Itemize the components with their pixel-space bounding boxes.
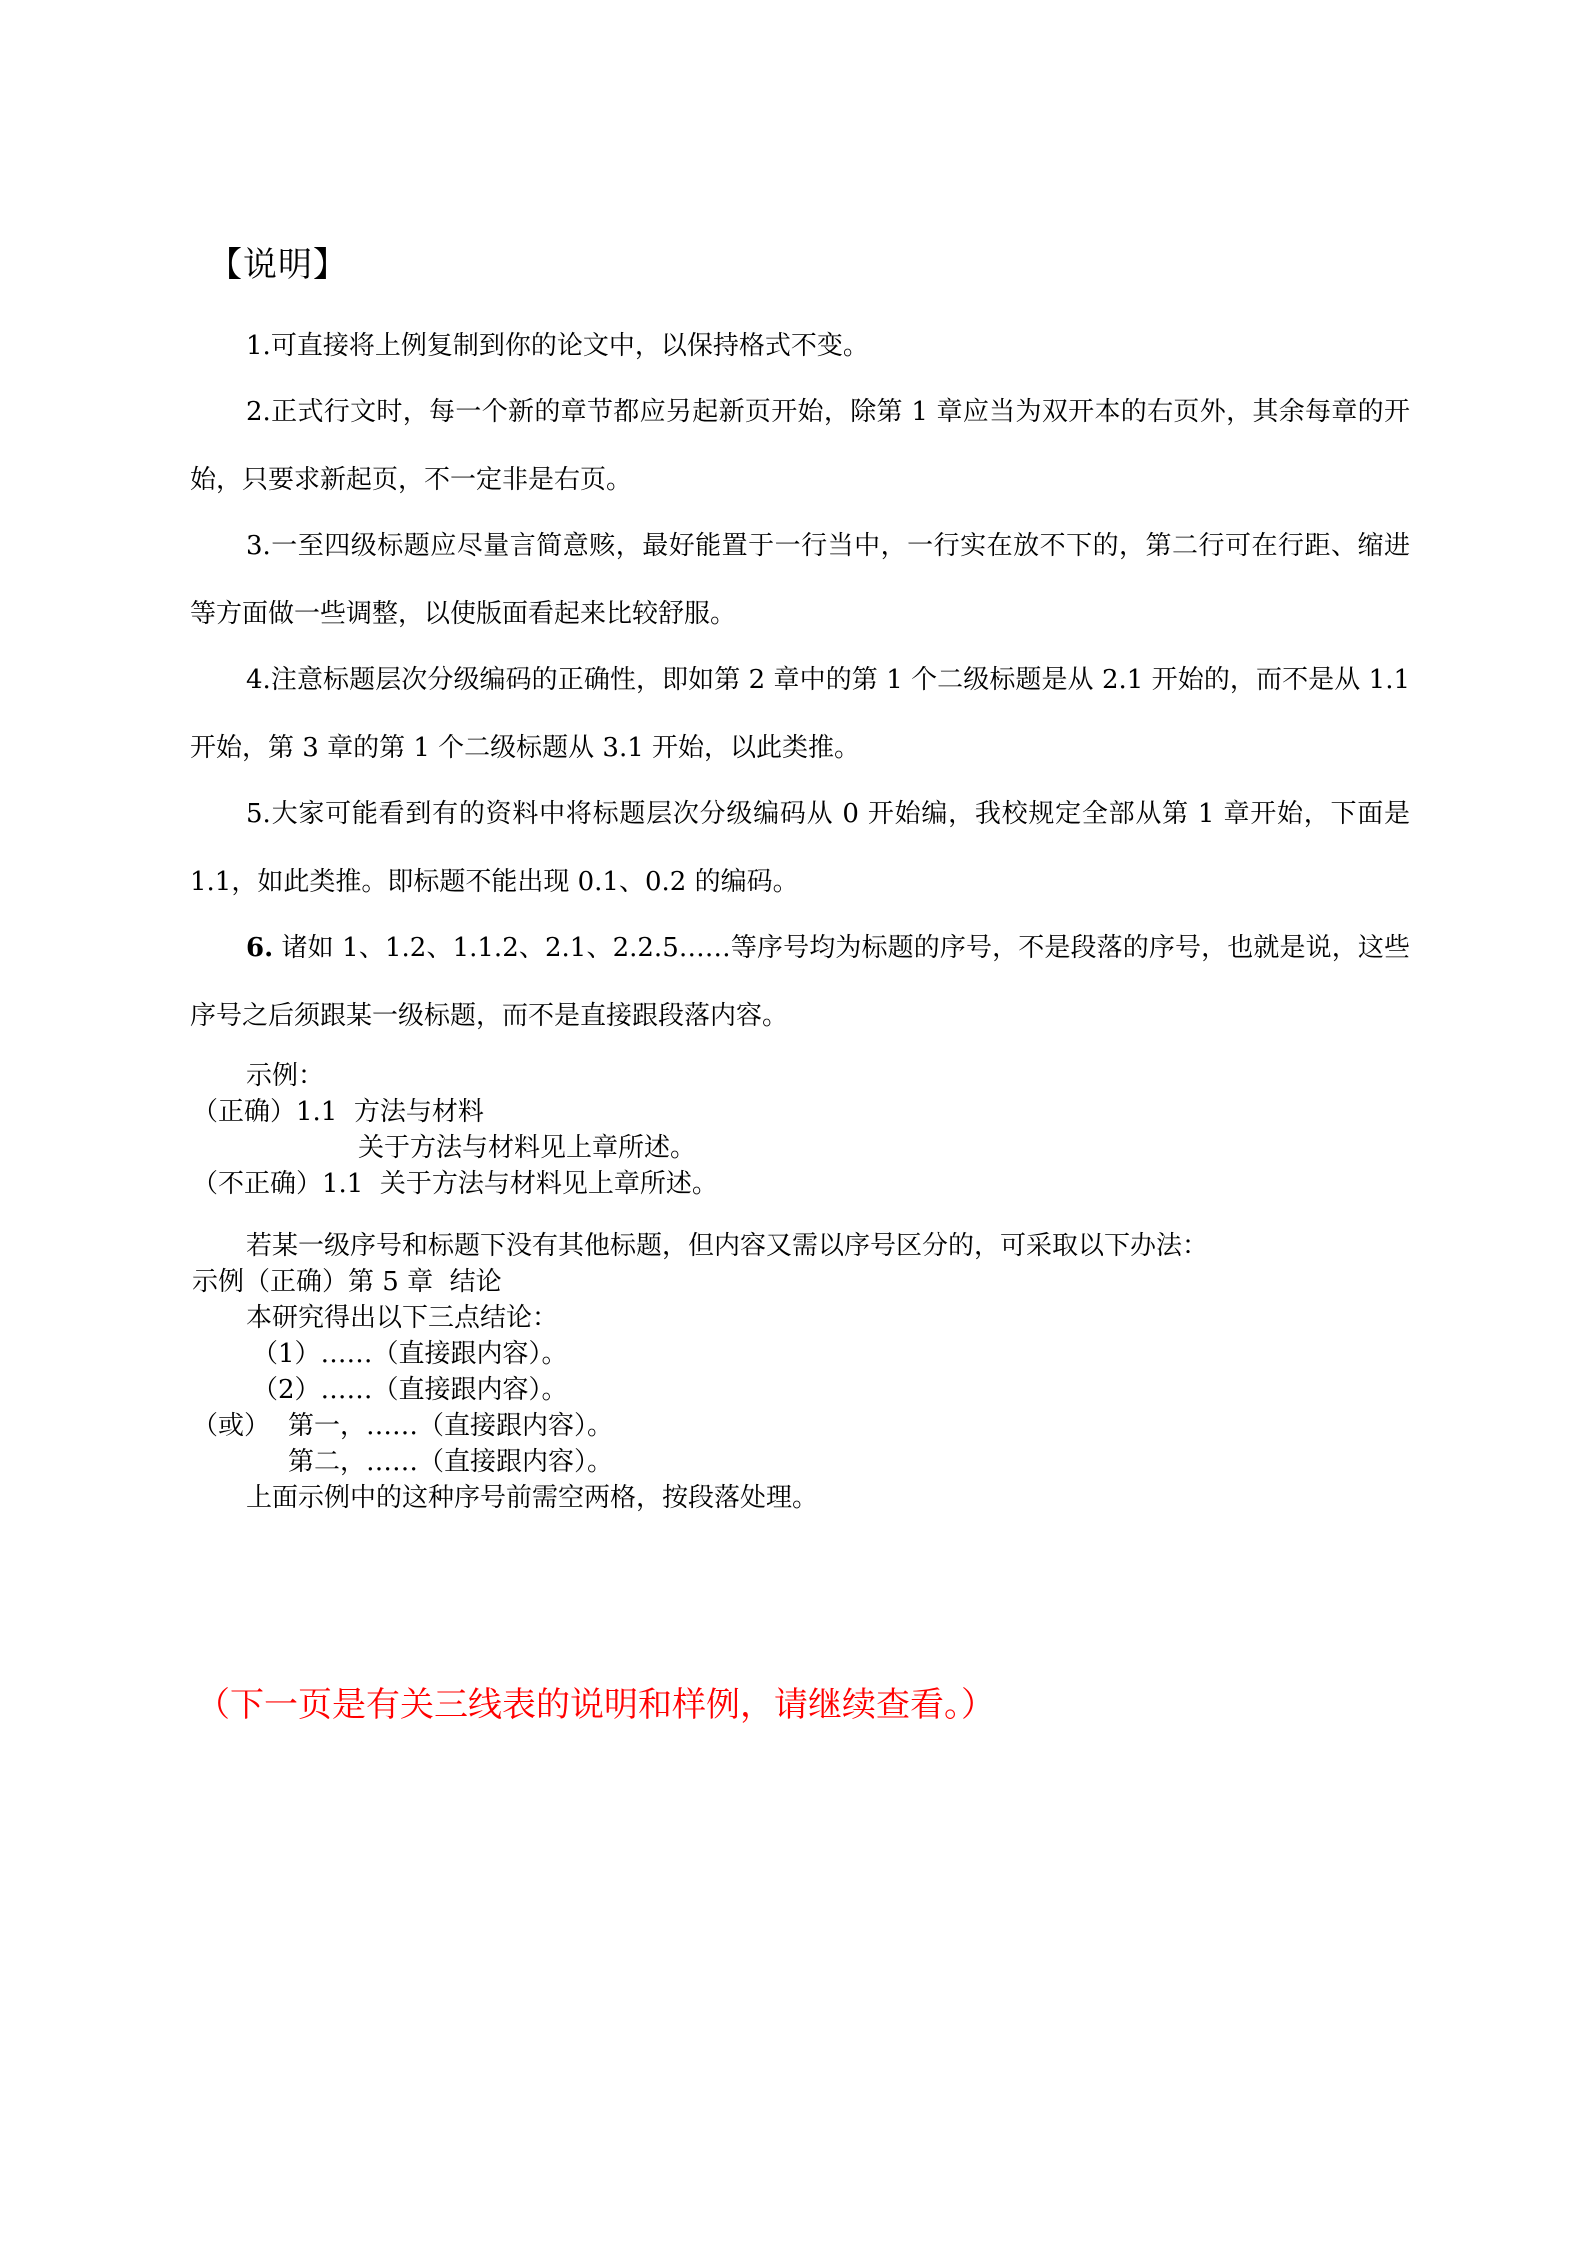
example-2-alt-item-1: 第一，……（直接跟内容）。 bbox=[288, 1408, 613, 1444]
instruction-paragraph-1: 1.可直接将上例复制到你的论文中，以保持格式不变。 bbox=[190, 312, 1410, 380]
example-2-lead: 本研究得出以下三点结论： bbox=[246, 1300, 558, 1336]
example-2-closing: 上面示例中的这种序号前需空两格，按段落处理。 bbox=[246, 1480, 818, 1516]
document-page: 【说明】 1.可直接将上例复制到你的论文中，以保持格式不变。 2.正式行文时，每… bbox=[0, 0, 1587, 2245]
example-2-item-2: （2）……（直接跟内容）。 bbox=[252, 1372, 568, 1408]
example-incorrect-line: （不正确）1.1 关于方法与材料见上章所述。 bbox=[192, 1166, 718, 1202]
paragraph-text: 正式行文时，每一个新的章节都应另起新页开始，除第 1 章应当为双开本的右页外，其… bbox=[190, 397, 1410, 495]
paragraph-number: 5. bbox=[246, 799, 271, 829]
paragraph-number: 4. bbox=[246, 665, 271, 695]
example-correct-heading: （正确）1.1 方法与材料 bbox=[192, 1094, 484, 1130]
paragraph-number: 6. bbox=[246, 933, 273, 963]
instruction-paragraph-4: 4.注意标题层次分级编码的正确性，即如第 2 章中的第 1 个二级标题是从 2.… bbox=[190, 646, 1410, 782]
paragraph-text: 一至四级标题应尽量言简意赅，最好能置于一行当中，一行实在放不下的，第二行可在行距… bbox=[190, 531, 1410, 629]
example-2-title: 示例（正确）第 5 章 结论 bbox=[192, 1264, 502, 1300]
instruction-paragraph-6: 6. 诸如 1、1.2、1.1.2、2.1、2.2.5……等序号均为标题的序号，… bbox=[190, 914, 1410, 1050]
example-label: 示例： bbox=[246, 1058, 324, 1094]
example-2-intro: 若某一级序号和标题下没有其他标题，但内容又需以序号区分的，可采取以下办法： bbox=[246, 1228, 1208, 1264]
next-page-note: （下一页是有关三线表的说明和样例，请继续查看。） bbox=[196, 1680, 995, 1730]
example-correct-body: 关于方法与材料见上章所述。 bbox=[358, 1130, 696, 1166]
paragraph-text: 注意标题层次分级编码的正确性，即如第 2 章中的第 1 个二级标题是从 2.1 … bbox=[190, 665, 1410, 763]
paragraph-number: 3. bbox=[246, 531, 271, 561]
example-2-alt-prefix: （或） bbox=[192, 1408, 270, 1444]
example-2-item-1: （1）……（直接跟内容）。 bbox=[252, 1336, 568, 1372]
paragraph-text: 可直接将上例复制到你的论文中，以保持格式不变。 bbox=[271, 331, 869, 361]
instruction-paragraph-2: 2.正式行文时，每一个新的章节都应另起新页开始，除第 1 章应当为双开本的右页外… bbox=[190, 378, 1410, 514]
instruction-paragraph-5: 5.大家可能看到有的资料中将标题层次分级编码从 0 开始编，我校规定全部从第 1… bbox=[190, 780, 1410, 916]
instruction-paragraph-3: 3.一至四级标题应尽量言简意赅，最好能置于一行当中，一行实在放不下的，第二行可在… bbox=[190, 512, 1410, 648]
paragraph-text: 大家可能看到有的资料中将标题层次分级编码从 0 开始编，我校规定全部从第 1 章… bbox=[190, 799, 1410, 897]
example-2-alt-item-2: 第二，……（直接跟内容）。 bbox=[288, 1444, 613, 1480]
section-heading: 【说明】 bbox=[208, 240, 348, 290]
paragraph-number: 2. bbox=[246, 397, 271, 427]
paragraph-number: 1. bbox=[246, 331, 271, 361]
paragraph-text: 诸如 1、1.2、1.1.2、2.1、2.2.5……等序号均为标题的序号，不是段… bbox=[190, 933, 1410, 1031]
